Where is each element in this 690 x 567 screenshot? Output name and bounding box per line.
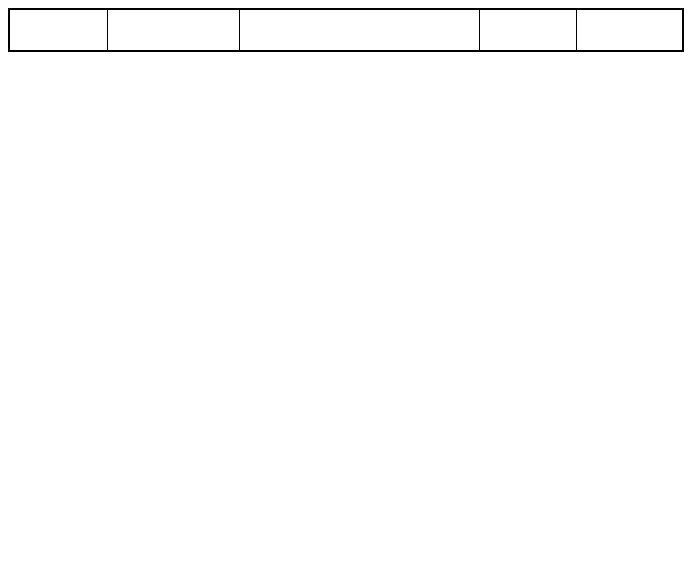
header-session <box>9 9 107 51</box>
course-schedule-table <box>8 8 684 52</box>
header-location <box>479 9 576 51</box>
header-time <box>107 9 239 51</box>
header-topic <box>239 9 479 51</box>
table-header-row <box>9 9 683 51</box>
document-page <box>0 0 690 567</box>
header-speaker <box>576 9 683 51</box>
